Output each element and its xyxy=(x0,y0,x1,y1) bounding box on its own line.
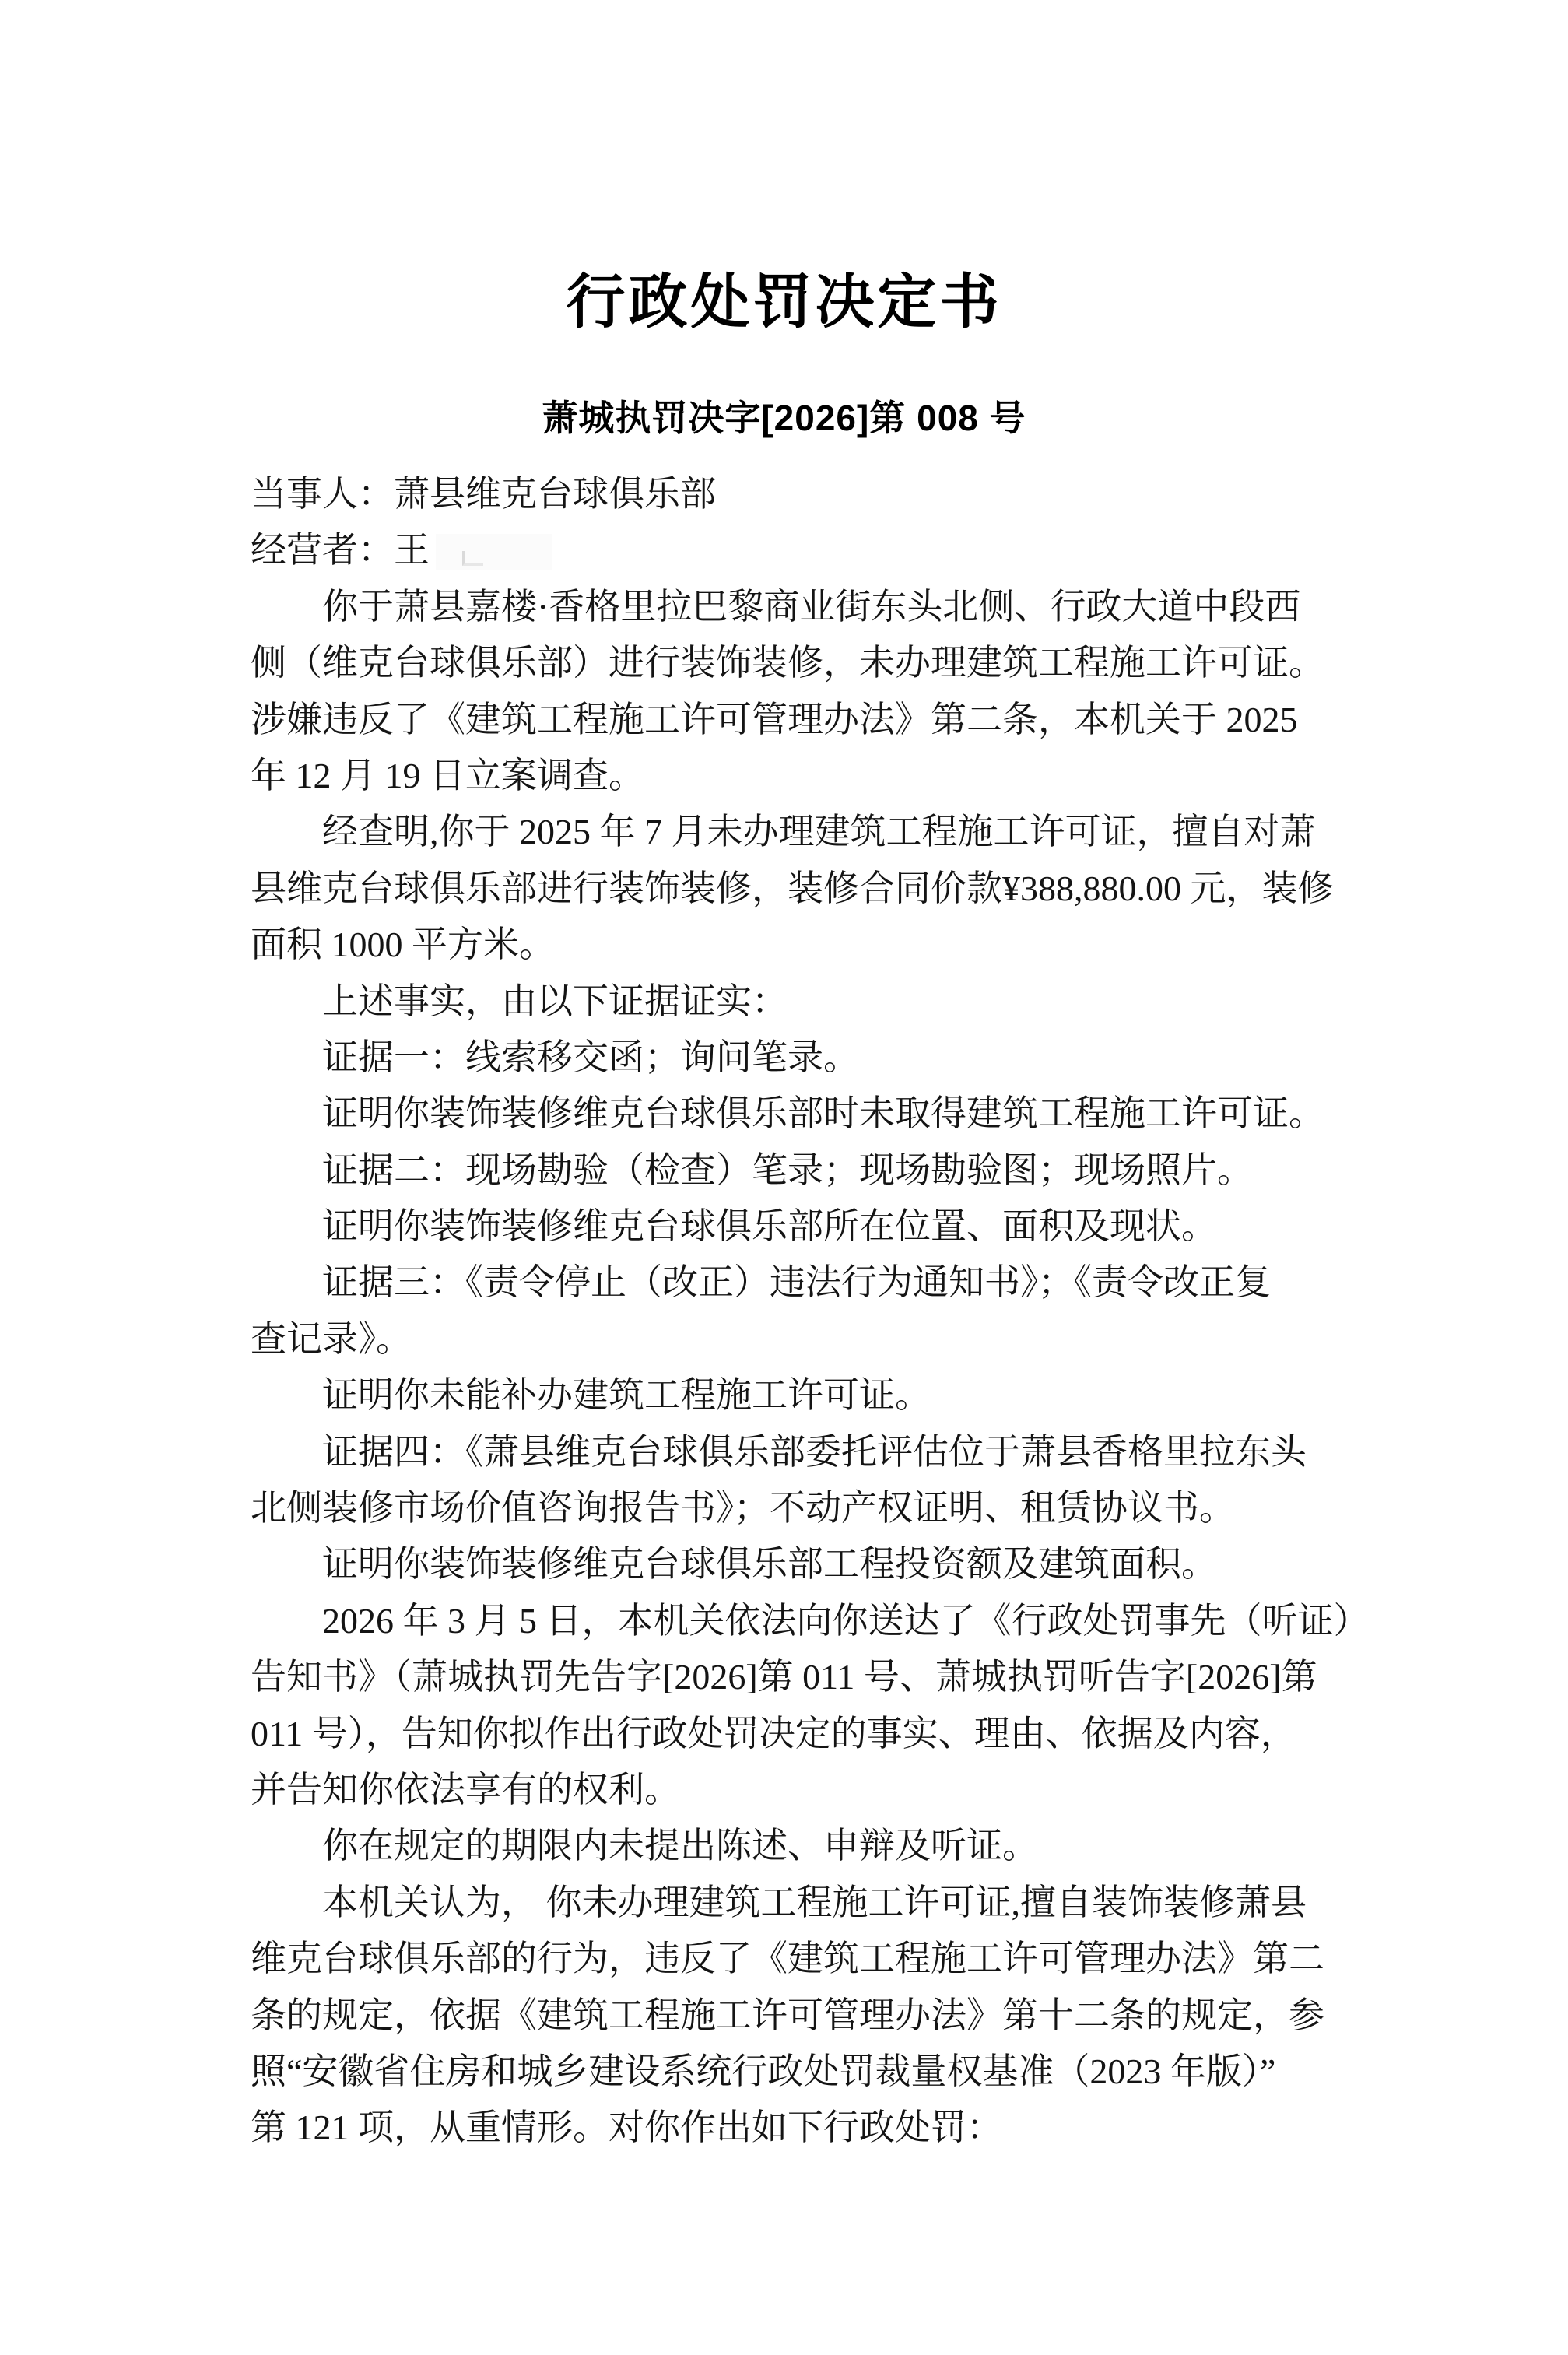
line-text: 证明你装饰装修维克台球俱乐部工程投资额及建筑面积。 xyxy=(251,1544,1217,1584)
line-text: 2026 年 3 月 5 日，本机关依法向你送达了《行政处罚事先（听证） xyxy=(251,1601,1370,1641)
line-text: 本机关认为， 你未办理建筑工程施工许可证,擅自装饰装修萧县 xyxy=(251,1883,1307,1922)
line-text: 证明你装饰装修维克台球俱乐部所在位置、面积及现状。 xyxy=(251,1206,1217,1246)
document-line: 证明你装饰装修维克台球俱乐部工程投资额及建筑面积。 xyxy=(251,1536,1340,1592)
document-line: 本机关认为， 你未办理建筑工程施工许可证,擅自装饰装修萧县 xyxy=(251,1875,1340,1931)
document-line: 证明你未能补办建筑工程施工许可证。 xyxy=(251,1367,1340,1423)
line-text: 证据三：《责令停止（改正）违法行为通知书》；《责令改正复 xyxy=(251,1262,1271,1302)
document-line: 维克台球俱乐部的行为，违反了《建筑工程施工许可管理办法》第二 xyxy=(251,1931,1340,1987)
line-text: 第 121 项，从重情形。对你作出如下行政处罚： xyxy=(251,2108,1002,2147)
document-line: 证明你装饰装修维克台球俱乐部所在位置、面积及现状。 xyxy=(251,1199,1340,1255)
line-text: 经营者：王 xyxy=(251,530,430,570)
line-text: 照“安徽省住房和城乡建设系统行政处罚裁量权基准（2023 年版）” xyxy=(251,2051,1275,2091)
redacted-name-smudge xyxy=(436,534,552,570)
document-line: 证据一：线索移交函；询问笔录。 xyxy=(251,1030,1340,1086)
line-text: 条的规定，依据《建筑工程施工许可管理办法》第十二条的规定，参 xyxy=(251,1995,1324,2035)
line-text: 并告知你依法享有的权利。 xyxy=(251,1770,680,1809)
document-line: 当事人：萧县维克台球俱乐部 xyxy=(251,466,1340,522)
document-line: 证据二：现场勘验（检查）笔录；现场勘验图；现场照片。 xyxy=(251,1142,1340,1199)
document-line: 北侧装修市场价值咨询报告书》；不动产权证明、租赁协议书。 xyxy=(251,1480,1340,1536)
line-text: 证据二：现场勘验（检查）笔录；现场勘验图；现场照片。 xyxy=(251,1150,1253,1190)
document-line: 经营者：王 xyxy=(251,522,1340,578)
document-title: 行政处罚决定书 xyxy=(0,271,1568,335)
line-text: 证据四：《萧县维克台球俱乐部委托评估位于萧县香格里拉东头 xyxy=(251,1432,1307,1472)
document-line: 2026 年 3 月 5 日，本机关依法向你送达了《行政处罚事先（听证） xyxy=(251,1593,1340,1649)
line-text: 证明你未能补办建筑工程施工许可证。 xyxy=(251,1375,931,1415)
line-text: 北侧装修市场价值咨询报告书》；不动产权证明、租赁协议书。 xyxy=(251,1488,1235,1528)
line-text: 面积 1000 平方米。 xyxy=(251,925,555,964)
document-page: 行政处罚决定书 萧城执罚决字[2026]第 008 号 当事人：萧县维克台球俱乐… xyxy=(0,0,1568,2355)
line-text: 维克台球俱乐部的行为，违反了《建筑工程施工许可管理办法》第二 xyxy=(251,1939,1324,1978)
document-line: 你于萧县嘉楼·香格里拉巴黎商业街东头北侧、行政大道中段西 xyxy=(251,579,1340,635)
document-line: 照“安徽省住房和城乡建设系统行政处罚裁量权基准（2023 年版）” xyxy=(251,2044,1340,2100)
document-line: 县维克台球俱乐部进行装饰装修，装修合同价款¥388,880.00 元，装修 xyxy=(251,861,1340,917)
line-text: 你在规定的期限内未提出陈述、申辩及听证。 xyxy=(251,1826,1038,1865)
document-line: 告知书》（萧城执罚先告字[2026]第 011 号、萧城执罚听告字[2026]第 xyxy=(251,1649,1340,1705)
document-line: 年 12 月 19 日立案调查。 xyxy=(251,748,1340,804)
line-text: 告知书》（萧城执罚先告字[2026]第 011 号、萧城执罚听告字[2026]第 xyxy=(251,1657,1317,1697)
line-text: 你于萧县嘉楼·香格里拉巴黎商业街东头北侧、行政大道中段西 xyxy=(251,587,1300,626)
line-text: 上述事实，由以下证据证实： xyxy=(251,981,788,1021)
document-line: 证明你装饰装修维克台球俱乐部时未取得建筑工程施工许可证。 xyxy=(251,1086,1340,1142)
document-line: 011 号），告知你拟作出行政处罚决定的事实、理由、依据及内容， xyxy=(251,1706,1340,1762)
line-text: 证据一：线索移交函；询问笔录。 xyxy=(251,1037,859,1077)
document-line: 面积 1000 平方米。 xyxy=(251,917,1340,973)
document-line: 并告知你依法享有的权利。 xyxy=(251,1762,1340,1818)
document-line: 证据四：《萧县维克台球俱乐部委托评估位于萧县香格里拉东头 xyxy=(251,1424,1340,1480)
document-body: 当事人：萧县维克台球俱乐部经营者：王 你于萧县嘉楼·香格里拉巴黎商业街东头北侧、… xyxy=(251,466,1340,2157)
document-line: 侧（维克台球俱乐部）进行装饰装修，未办理建筑工程施工许可证。 xyxy=(251,635,1340,691)
document-line: 上述事实，由以下证据证实： xyxy=(251,974,1340,1030)
document-line: 查记录》。 xyxy=(251,1311,1340,1367)
line-text: 当事人：萧县维克台球俱乐部 xyxy=(251,474,716,514)
document-line: 证据三：《责令停止（改正）违法行为通知书》；《责令改正复 xyxy=(251,1255,1340,1311)
line-text: 查记录》。 xyxy=(251,1319,412,1359)
document-number: 萧城执罚决字[2026]第 008 号 xyxy=(0,398,1568,437)
line-text: 涉嫌违反了《建筑工程施工许可管理办法》第二条，本机关于 2025 xyxy=(251,700,1298,739)
line-text: 县维克台球俱乐部进行装饰装修，装修合同价款¥388,880.00 元，装修 xyxy=(251,869,1334,908)
document-line: 经查明,你于 2025 年 7 月未办理建筑工程施工许可证，擅自对萧 xyxy=(251,804,1340,860)
document-line: 条的规定，依据《建筑工程施工许可管理办法》第十二条的规定，参 xyxy=(251,1988,1340,2044)
line-text: 证明你装饰装修维克台球俱乐部时未取得建筑工程施工许可证。 xyxy=(251,1093,1324,1133)
document-line: 你在规定的期限内未提出陈述、申辩及听证。 xyxy=(251,1818,1340,1874)
line-text: 011 号），告知你拟作出行政处罚决定的事实、理由、依据及内容， xyxy=(251,1714,1296,1753)
document-line: 涉嫌违反了《建筑工程施工许可管理办法》第二条，本机关于 2025 xyxy=(251,692,1340,748)
line-text: 年 12 月 19 日立案调查。 xyxy=(251,756,644,795)
document-line: 第 121 项，从重情形。对你作出如下行政处罚： xyxy=(251,2100,1340,2156)
line-text: 经查明,你于 2025 年 7 月未办理建筑工程施工许可证，擅自对萧 xyxy=(251,812,1316,851)
line-text: 侧（维克台球俱乐部）进行装饰装修，未办理建筑工程施工许可证。 xyxy=(251,643,1324,683)
